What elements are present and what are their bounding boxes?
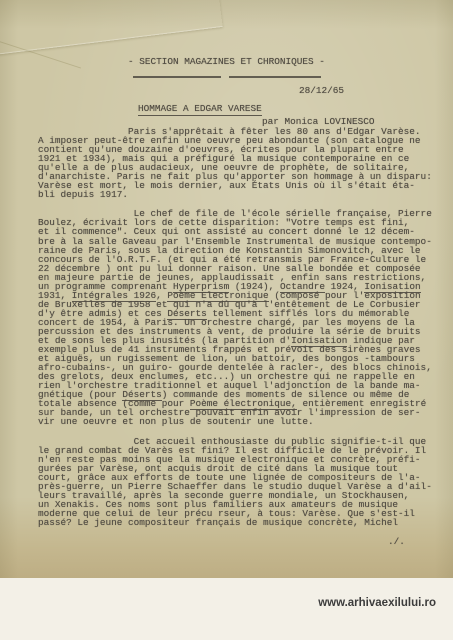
section-heading-underline (0, 76, 453, 78)
scanned-document: - SECTION MAGAZINES ET CHRONIQUES - 28/1… (0, 0, 453, 640)
continuation-mark: ./. (388, 536, 405, 547)
underline-dash-segment (229, 76, 321, 78)
watermark: www.arhivaexilului.ro (318, 597, 436, 609)
paper-crease (0, 0, 223, 59)
section-heading: - SECTION MAGAZINES ET CHRONIQUES - (0, 56, 453, 67)
scan-background: www.arhivaexilului.ro (0, 578, 453, 640)
paper-sheet: - SECTION MAGAZINES ET CHRONIQUES - 28/1… (0, 0, 453, 578)
date-stamp: 28/12/65 (299, 85, 344, 96)
article-body: Paris s'apprêtait à fêter les 80 ans d'E… (38, 127, 432, 527)
paragraph: Le chef de file de l'école sérielle fran… (38, 209, 432, 426)
paragraph: Paris s'apprêtait à fêter les 80 ans d'E… (38, 127, 432, 199)
underline-dash-segment (133, 76, 221, 78)
paragraph: Cet accueil enthousiaste du public signi… (38, 437, 432, 527)
article-title: HOMMAGE A EDGAR VARESE (138, 103, 262, 116)
